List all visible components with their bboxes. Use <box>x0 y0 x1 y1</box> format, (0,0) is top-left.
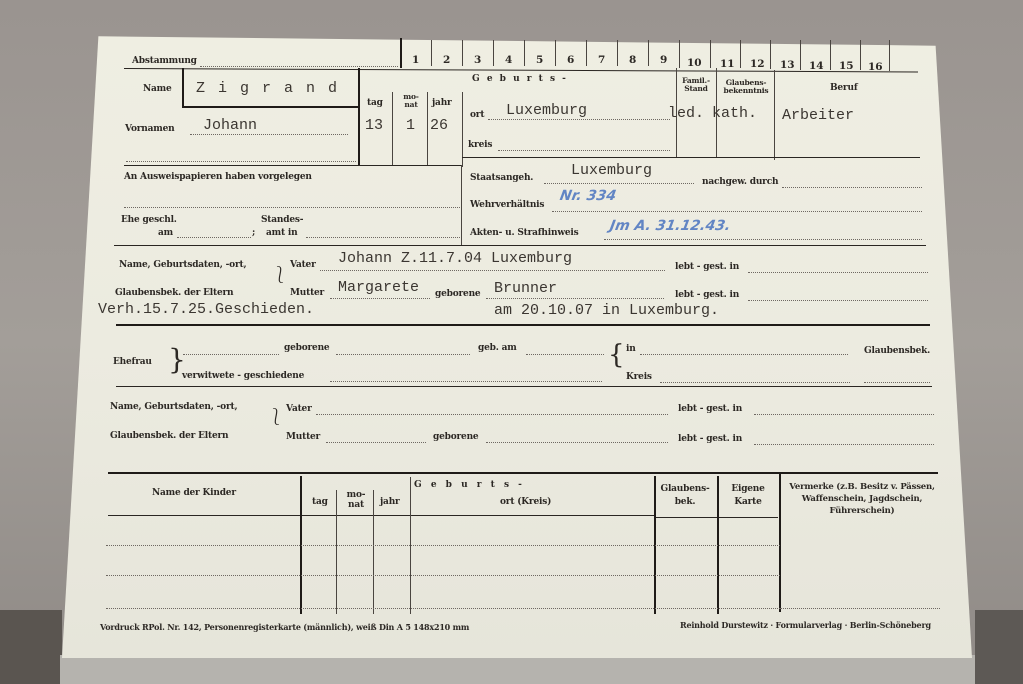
amt-in-line <box>306 237 460 238</box>
birthdate-divider <box>358 68 360 166</box>
ehefrau-glaubensbek-label: Glaubensbek. <box>864 346 930 356</box>
table-col-divider <box>373 490 374 614</box>
kinder-name-header: Name der Kinder <box>152 488 236 498</box>
wife-parents-label-1: Name, Geburtsdaten, -ort, <box>110 402 237 412</box>
card-underlay <box>60 655 975 684</box>
kinder-karte-header: Eigene Karte <box>718 483 778 509</box>
kinder-jahr-header: jahr <box>380 497 400 507</box>
geburts-heading: G e b u r t s - <box>472 74 568 84</box>
name-value: Z i g r a n d <box>196 80 339 97</box>
col-num-10: 10 <box>687 57 702 69</box>
wife-vater-lebt-line <box>754 414 934 415</box>
vater-value: Johann Z.11.7.04 Luxemburg <box>338 250 572 267</box>
card-paper <box>62 30 972 658</box>
nachgew-label: nachgew. durch <box>702 177 778 187</box>
ehefrau-gebam-label: geb. am <box>478 343 517 353</box>
abstammung-line <box>200 66 398 67</box>
background-shadow-left <box>0 610 62 684</box>
wife-vater-label: Vater <box>286 404 312 414</box>
middle-divider <box>461 165 462 245</box>
mutter-lebt-label: lebt - gest. in <box>675 290 739 300</box>
monat-value: 1 <box>406 117 415 134</box>
kreis-line <box>498 150 670 151</box>
mutter-geborene-value: Brunner <box>494 280 557 297</box>
table-header-rule <box>108 515 654 516</box>
ehefrau-geborene-line <box>336 354 470 355</box>
col-num-9: 9 <box>660 54 667 66</box>
ehefrau-in-line <box>640 354 848 355</box>
famstand-value: led. <box>668 105 704 122</box>
mutter-geborene-line <box>486 298 664 299</box>
name-box-bottom <box>182 106 358 108</box>
ausweis-label: An Ausweispapieren haben vorgelegen <box>124 172 312 182</box>
beruf-label: Beruf <box>830 83 858 93</box>
wife-vater-lebt-label: lebt - gest. in <box>678 404 742 414</box>
kreis-label: kreis <box>468 140 492 150</box>
mutter-line <box>330 298 430 299</box>
kinder-tag-header: tag <box>312 497 328 507</box>
verwitwete-line <box>330 381 602 382</box>
mutter-geborene-label: geborene <box>435 289 480 299</box>
parents-label-1: Name, Geburtsdaten, -ort, <box>119 260 246 270</box>
brace-icon: ⎱ <box>268 404 284 427</box>
akten-handwritten: Jm A. 31.12.43. <box>609 218 732 234</box>
religion-label: Glaubens- bekenntnis <box>718 79 774 95</box>
ehefrau-glaubensbek-line <box>864 382 930 383</box>
monat-label: mo- nat <box>398 93 424 109</box>
kinder-monat-header: mo- nat <box>340 490 372 510</box>
staatsangeh-line <box>544 183 694 184</box>
name-label: Name <box>143 84 172 94</box>
ehe-am-label: am <box>158 228 173 238</box>
filler-line <box>126 161 356 162</box>
kinder-ort-header: ort (Kreis) <box>500 497 551 507</box>
wife-mutter-line <box>326 442 426 443</box>
wife-vater-line <box>316 414 668 415</box>
ehefrau-gebam-line <box>526 354 604 355</box>
vater-lebt-label: lebt - gest. in <box>675 262 739 272</box>
staatsangeh-label: Staatsangeh. <box>470 173 533 183</box>
ehefrau-label: Ehefrau <box>113 357 152 367</box>
ort-line <box>488 119 670 120</box>
akten-line <box>604 239 922 240</box>
kinder-geburts-header: G e b u r t s - <box>414 480 525 490</box>
footer-publisher: Reinhold Durstewitz · Formularverlag · B… <box>680 620 931 630</box>
ehefrau-geborene-label: geborene <box>284 343 329 353</box>
vater-lebt-line <box>748 272 928 273</box>
column-divider <box>400 38 402 68</box>
brace-icon: { <box>608 342 624 368</box>
col-num-12: 12 <box>750 58 765 70</box>
table-col-divider <box>336 490 337 614</box>
wife-mutter-lebt-line <box>754 444 934 445</box>
wehr-handwritten: Nr. 334 <box>559 188 618 204</box>
col-num-13: 13 <box>780 59 795 71</box>
col-num-11: 11 <box>720 58 735 70</box>
wife-mutter-lebt-label: lebt - gest. in <box>678 434 742 444</box>
wife-mutter-label: Mutter <box>286 432 320 442</box>
wehr-label: Wehrverhältnis <box>470 200 544 210</box>
verwitwete-label: verwitwete - geschiedene <box>182 371 304 381</box>
col-num-8: 8 <box>629 54 636 66</box>
beruf-divider <box>774 70 775 160</box>
brace-icon: } <box>168 346 186 374</box>
akten-label: Akten- u. Strafhinweis <box>470 228 579 238</box>
table-header-rule <box>654 517 778 518</box>
table-top-rule <box>108 472 938 474</box>
col-num-5: 5 <box>536 54 543 66</box>
name-box-left <box>182 68 184 108</box>
vornamen-line <box>190 134 348 135</box>
mutter-value: Margarete <box>338 279 419 296</box>
religion-value: kath. <box>712 105 757 122</box>
jahr-label: jahr <box>432 98 452 108</box>
ehe-label: Ehe geschl. <box>121 215 177 225</box>
wife-geborene-label: geborene <box>433 432 478 442</box>
jahr-value: 26 <box>430 117 448 134</box>
vornamen-label: Vornamen <box>125 124 174 134</box>
ort-label: ort <box>470 110 484 120</box>
ausweis-line <box>124 207 460 208</box>
vornamen-value: Johann <box>203 117 257 134</box>
tag-label: tag <box>367 98 383 108</box>
vater-label: Vater <box>290 260 316 270</box>
wife-geborene-line <box>486 442 668 443</box>
staatsangeh-value: Luxemburg <box>571 162 652 179</box>
col-num-6: 6 <box>567 54 574 66</box>
beruf-value: Arbeiter <box>782 107 854 124</box>
mutter-label: Mutter <box>290 288 324 298</box>
col-num-7: 7 <box>598 54 605 66</box>
background-shadow-right <box>975 610 1023 684</box>
brace-icon: ⎱ <box>272 262 288 285</box>
nachgew-line <box>782 187 922 188</box>
parents-note-1: Verh.15.7.25.Geschieden. <box>98 301 314 318</box>
parents-label-2: Glaubensbek. der Eltern <box>115 288 233 298</box>
famstand-label: Famil.- Stand <box>678 77 714 93</box>
birthplace-divider <box>462 92 463 167</box>
wife-parents-label-2: Glaubensbek. der Eltern <box>110 431 228 441</box>
ort-value: Luxemburg <box>506 102 587 119</box>
col-num-3: 3 <box>474 54 481 66</box>
table-col-divider <box>779 474 781 612</box>
standesamt-label: Standes- <box>261 215 303 225</box>
birthdate-col-divider <box>427 92 428 166</box>
col-num-1: 1 <box>412 54 419 66</box>
parents-note-2: am 20.10.07 in Luxemburg. <box>494 302 719 319</box>
section-rule <box>114 245 926 246</box>
amt-in-label: amt in <box>266 228 297 238</box>
ehefrau-kreis-line <box>660 382 850 383</box>
section-rule <box>124 165 462 166</box>
kinder-glaubens-header: Glaubens- bek. <box>654 483 716 509</box>
birthdate-col-divider <box>392 92 393 166</box>
section-rule <box>116 386 932 387</box>
col-num-4: 4 <box>505 54 512 66</box>
footer-form-number: Vordruck RPol. Nr. 142, Personenregister… <box>100 622 469 632</box>
section-rule-thick <box>116 324 930 326</box>
section-rule <box>462 157 920 158</box>
ehefrau-name-line <box>183 354 279 355</box>
ehe-am-line <box>177 237 251 238</box>
vater-line <box>320 270 665 271</box>
kinder-vermerke-header: Vermerke (z.B. Besitz v. Pässen, Waffens… <box>780 481 944 517</box>
semicolon: ; <box>252 228 255 238</box>
abstammung-label: Abstammung <box>132 56 197 66</box>
mutter-lebt-line <box>748 300 928 301</box>
wehr-line <box>552 211 922 212</box>
tag-value: 13 <box>365 117 383 134</box>
ehefrau-kreis-label: Kreis <box>626 372 652 382</box>
col-num-2: 2 <box>443 54 450 66</box>
ehefrau-in-label: in <box>626 344 636 354</box>
